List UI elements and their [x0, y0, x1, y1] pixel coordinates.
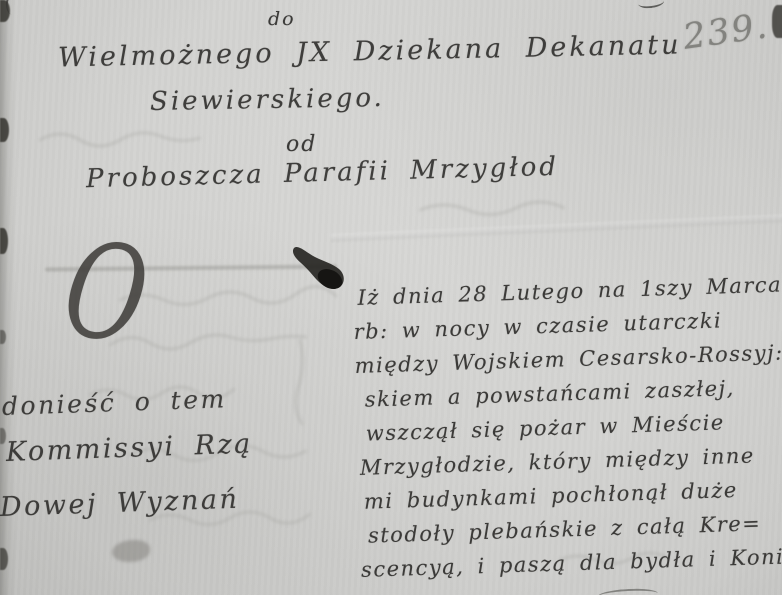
margin-note-line: Dowej Wyznań	[0, 483, 253, 523]
cut-off-pen-stroke-top-middle	[637, 0, 664, 10]
top-right-ink-mark	[772, 5, 782, 38]
ink-blot	[287, 247, 349, 299]
header-sender-line: Proboszcza Parafii Mrzygłod	[86, 152, 560, 194]
header-to-label: do	[268, 8, 296, 30]
header-from-label: od	[286, 132, 317, 157]
margin-note-line: donieść o tem	[1, 383, 253, 421]
cut-off-pen-stroke-bottom	[598, 587, 659, 595]
margin-note: donieść o tem Kommissyi Rzą Dowej Wyznań	[0, 392, 253, 523]
margin-initial-letter: O	[56, 222, 156, 365]
header-recipient-line1: Wielmożnego JX Dziekana Dekanatu	[58, 29, 682, 73]
paper-crease	[330, 214, 782, 242]
page-number: 239.	[681, 6, 772, 58]
header-recipient-line2: Siewierskiego.	[150, 83, 385, 117]
letter-body: Iż dnia 28 Lutego na 1szy Marca rb: w no…	[352, 267, 782, 586]
ink-smudge-blob	[112, 540, 150, 562]
scanned-manuscript-page: 239. do Wielmożnego JX Dziekana Dekanatu…	[0, 0, 782, 595]
margin-note-line: Kommissyi Rzą	[5, 428, 253, 468]
